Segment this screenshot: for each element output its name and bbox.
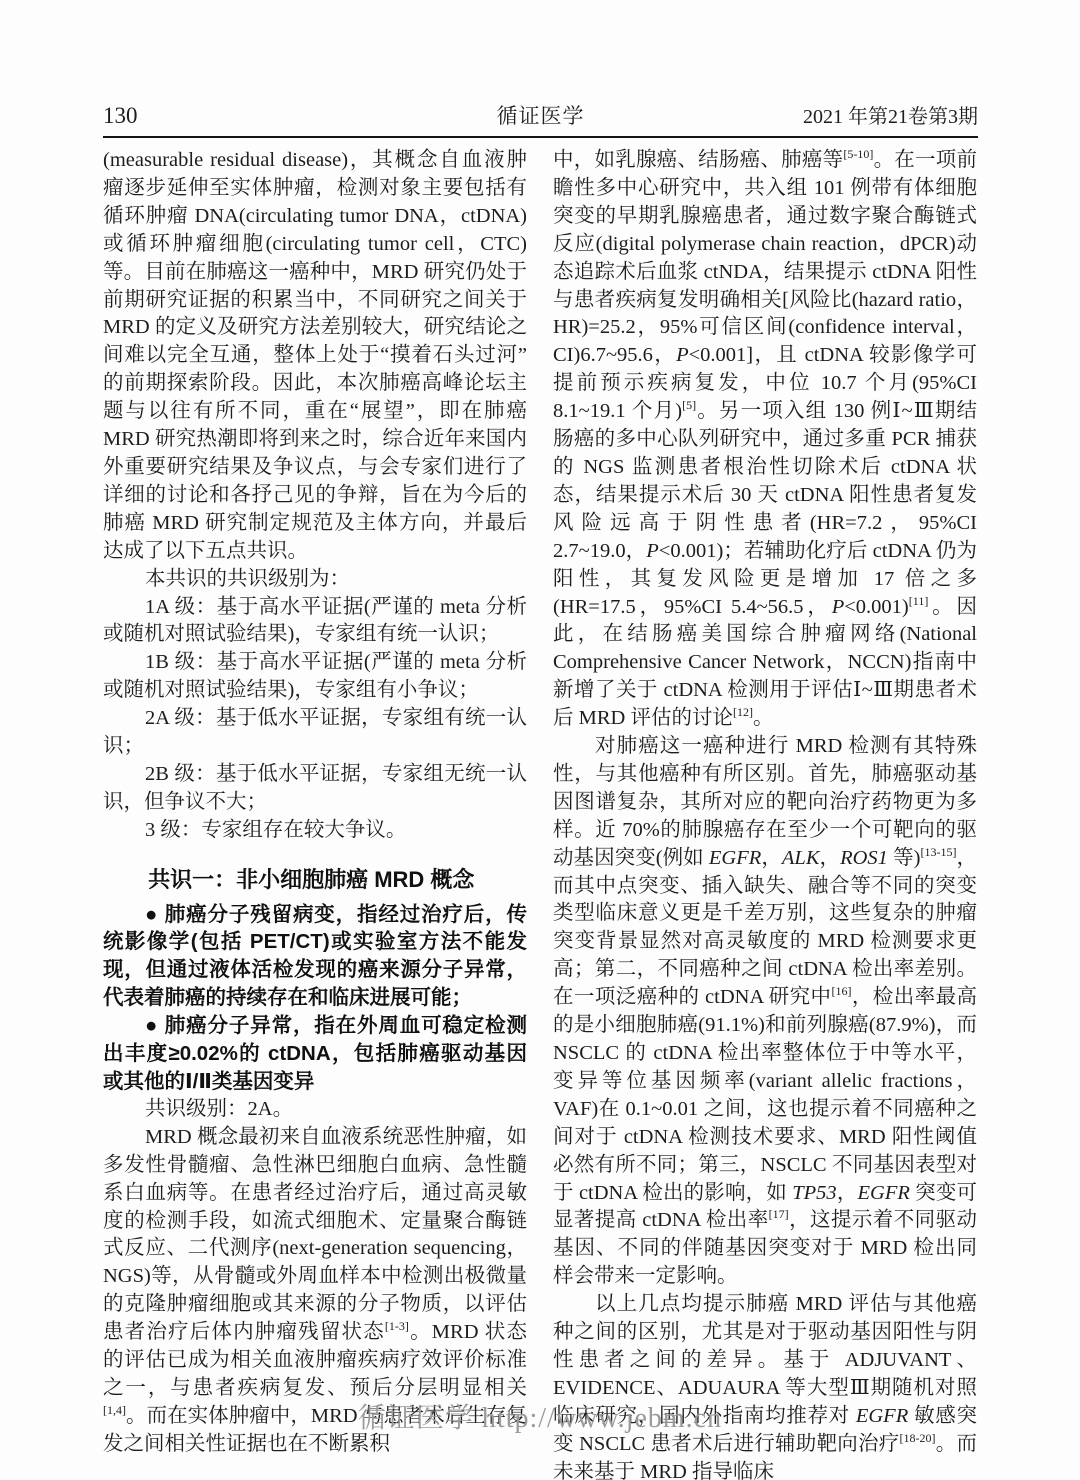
journal-page: 130 循证医学 2021 年第21卷第3期 (measurable resid… [0, 0, 1080, 1480]
italic-term: ROS1 [840, 847, 888, 869]
watermark: 循证医学 http://www.jebm.cn [0, 1396, 1080, 1436]
issue-info: 2021 年第21卷第3期 [803, 100, 978, 129]
paragraph: (measurable residual disease)，其概念自血液肿瘤逐步… [103, 147, 527, 566]
reference-superscript: [11] [909, 594, 929, 608]
text-run: 2A 级：基于低水平证据，专家组有统一认识； [103, 707, 527, 757]
reference-superscript: [1-3] [385, 1319, 409, 1333]
text-run: ，而其中点突变、插入缺失、融合等不同的突变类型临床意义更是千差万别，这些复杂的肿… [553, 847, 977, 1009]
page-header: 130 循证医学 2021 年第21卷第3期 [103, 100, 978, 130]
italic-term: P [646, 540, 659, 562]
text-run: 1A 级：基于高水平证据(严谨的 meta 分析或随机对照试验结果)，专家组有统… [103, 596, 527, 646]
paragraph: 1B 级：基于高水平证据(严谨的 meta 分析或随机对照试验结果)，专家组有小… [103, 649, 527, 705]
text-run: 。 [753, 707, 774, 729]
paragraph: 3 级：专家组存在较大争议。 [103, 817, 527, 845]
consensus-heading: 共识一：非小细胞肺癌 MRD 概念 [103, 866, 527, 894]
text-run: 共识级别：2A。 [145, 1098, 293, 1120]
italic-term: P [832, 596, 845, 618]
text-run: 3 级：专家组存在较大争议。 [145, 819, 406, 841]
italic-term: EGFR [709, 847, 761, 869]
paragraph: 2A 级：基于低水平证据，专家组有统一认识； [103, 705, 527, 761]
reference-superscript: [5-10] [843, 147, 873, 161]
text-run: (measurable residual disease)，其概念自血液肿瘤逐步… [103, 149, 527, 562]
text-run: ， [820, 847, 841, 869]
reference-superscript: [17] [769, 1207, 789, 1221]
text-run: ● 肺癌分子残留病变，指经过治疗后，传统影像学(包括 PET/CT)或实验室方法… [103, 903, 527, 1010]
text-run: ● 肺癌分子异常，指在外周血可稳定检测出丰度≥0.02%的 ctDNA，包括肺癌… [103, 1014, 527, 1093]
italic-term: ALK [782, 847, 820, 869]
left-column: (measurable residual disease)，其概念自血液肿瘤逐步… [103, 147, 527, 1459]
text-run: MRD 概念最初来自血液系统恶性肿瘤，如多发性骨髓瘤、急性淋巴细胞白血病、急性髓… [103, 1126, 527, 1343]
reference-superscript: [5] [682, 398, 696, 412]
journal-title: 循证医学 [497, 100, 585, 130]
text-run: 1B 级：基于高水平证据(严谨的 meta 分析或随机对照试验结果)，专家组有小… [103, 651, 527, 701]
text-run: 本共识的共识级别为： [145, 568, 350, 590]
header-divider [103, 136, 978, 138]
bullet-item: ● 肺癌分子异常，指在外周血可稳定检测出丰度≥0.02%的 ctDNA，包括肺癌… [103, 1012, 527, 1096]
paragraph: 2B 级：基于低水平证据，专家组无统一认识，但争议不大； [103, 761, 527, 817]
paragraph: 以上几点均提示肺癌 MRD 评估与其他癌种之间的区别，尤其是对于驱动基因阳性与阴… [553, 1291, 977, 1480]
reference-superscript: [12] [733, 705, 753, 719]
paragraph: 本共识的共识级别为： [103, 566, 527, 594]
italic-term: P [676, 344, 689, 366]
italic-term: EGFR [858, 1182, 910, 1204]
text-run: 。另一项入组 130 例Ⅰ~Ⅲ期结肠癌的多中心队列研究中，通过多重 PCR 捕获… [553, 400, 977, 562]
paragraph: 对肺癌这一癌种进行 MRD 检测有其特殊性，与其他癌种有所区别。首先，肺癌驱动基… [553, 733, 977, 1291]
text-run: 。在一项前瞻性多中心研究中，共入组 101 例带有体细胞突变的早期乳腺癌患者，通… [553, 149, 977, 366]
paragraph: 共识级别：2A。 [103, 1096, 527, 1124]
reference-superscript: [13-15] [921, 845, 957, 859]
text-run: ， [837, 1182, 858, 1204]
text-run: 2B 级：基于低水平证据，专家组无统一认识，但争议不大； [103, 763, 527, 813]
paragraph: 中，如乳腺癌、结肠癌、肺癌等[5-10]。在一项前瞻性多中心研究中，共入组 10… [553, 147, 977, 733]
paragraph: 1A 级：基于高水平证据(严谨的 meta 分析或随机对照试验结果)，专家组有统… [103, 594, 527, 650]
reference-superscript: [16] [831, 984, 851, 998]
text-run: <0.001) [844, 596, 909, 618]
bullet-item: ● 肺癌分子残留病变，指经过治疗后，传统影像学(包括 PET/CT)或实验室方法… [103, 901, 527, 1013]
page-number: 130 [103, 103, 138, 129]
text-run: 共识一：非小细胞肺癌 MRD 概念 [148, 867, 474, 892]
italic-term: TP53 [792, 1182, 836, 1204]
text-run: ，检出率最高的是小细胞肺癌(91.1%)和前列腺癌(87.9%)，而 NSCLC… [553, 986, 977, 1203]
right-column: 中，如乳腺癌、结肠癌、肺癌等[5-10]。在一项前瞻性多中心研究中，共入组 10… [553, 147, 977, 1480]
text-run: 中，如乳腺癌、结肠癌、肺癌等 [553, 149, 843, 171]
text-run: 等) [888, 847, 921, 869]
text-run: ， [761, 847, 782, 869]
